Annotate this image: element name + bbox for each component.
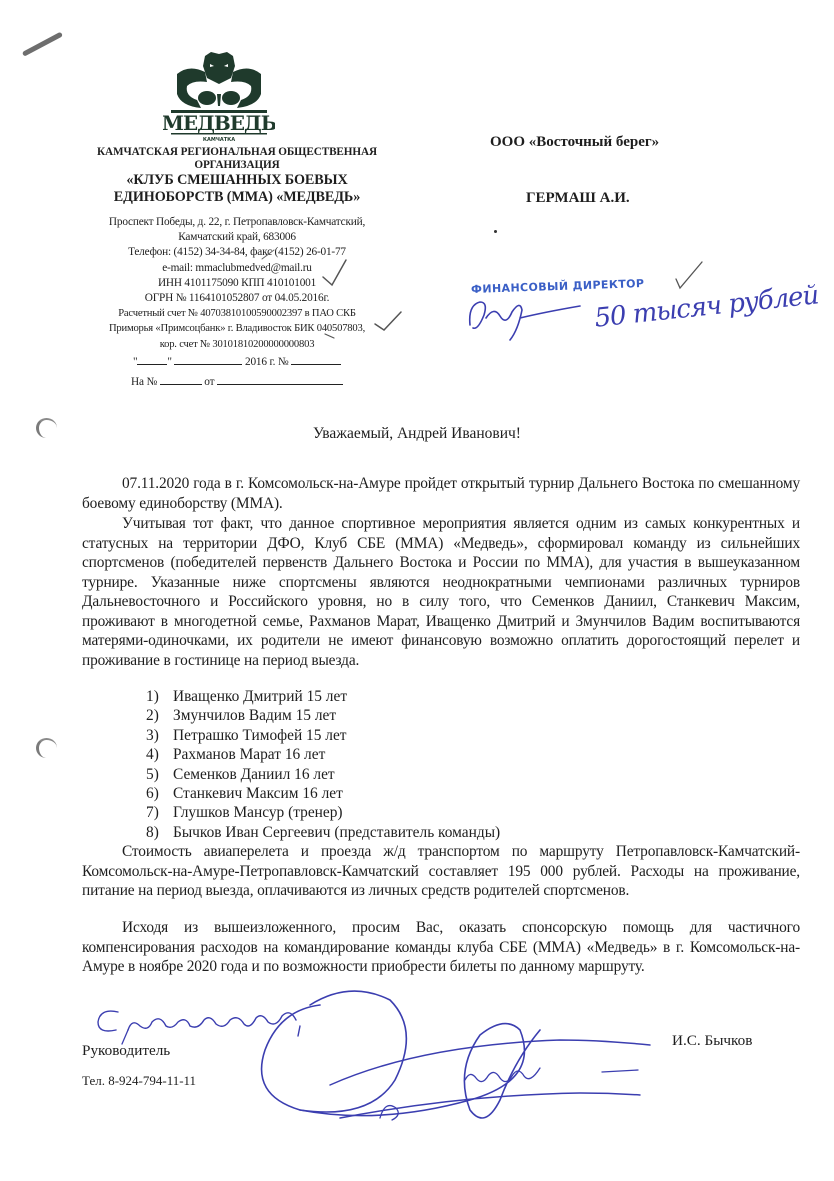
address-line-2: Камчатский край, 683006 xyxy=(82,230,392,245)
ogrn: ОГРН № 1164101052807 от 04.05.2016г. xyxy=(82,291,392,306)
signer-role: Руководитель xyxy=(82,1042,170,1060)
org-line-2: ОРГАНИЗАЦИЯ xyxy=(82,159,392,172)
reference-line: На № от xyxy=(82,373,392,390)
svg-text:КАМЧАТКА: КАМЧАТКА xyxy=(203,137,235,142)
handwritten-closing xyxy=(98,1011,300,1036)
finance-director-stamp: ФИНАНСОВЫЙ ДИРЕКТОР xyxy=(471,277,645,296)
date-number-line: "" 2016 г. № xyxy=(82,353,392,370)
bank-line-1: Расчетный счет № 40703810100590002397 в … xyxy=(82,306,392,321)
email: e-mail: mmaclubmedved@mail.ru xyxy=(82,261,392,276)
inn-kpp: ИНН 4101175090 КПП 410101001 xyxy=(82,276,392,291)
organization-requisites: Проспект Победы, д. 22, г. Петропавловск… xyxy=(82,215,392,390)
main-signature xyxy=(262,991,407,1112)
bear-logo-icon: МЕДВЕДЬ КАМЧАТКА xyxy=(163,50,275,142)
team-member: 8)Бычков Иван Сергеевич (представитель к… xyxy=(146,823,500,842)
paragraph-tournament: 07.11.2020 года в г. Комсомольск-на-Амур… xyxy=(82,474,800,513)
team-list: 1)Иващенко Дмитрий 15 лет 2)Змунчилов Ва… xyxy=(146,687,500,842)
hole-punch-mark xyxy=(36,738,57,758)
team-member: 7)Глушков Мансур (тренер) xyxy=(146,803,500,822)
scan-scratch-mark xyxy=(22,32,63,57)
ink-dot xyxy=(494,230,497,233)
recipient-name: ГЕРМАШ А.И. xyxy=(526,190,630,207)
team-member: 5)Семенков Даниил 16 лет xyxy=(146,765,500,784)
phone-fax: Телефон: (4152) 34-34-84, факс (4152) 26… xyxy=(82,245,392,260)
team-member: 2)Змунчилов Вадим 15 лет xyxy=(146,706,500,725)
address-line-1: Проспект Победы, д. 22, г. Петропавловск… xyxy=(82,215,392,230)
signer-phone: Тел. 8-924-794-11-11 xyxy=(82,1073,196,1089)
team-member: 1)Иващенко Дмитрий 15 лет xyxy=(146,687,500,706)
checkmark-icon xyxy=(676,262,702,288)
team-member: 3)Петрашко Тимофей 15 лет xyxy=(146,726,500,745)
bank-line-2: Приморья «Примсоцбанк» г. Владивосток БИ… xyxy=(82,321,392,336)
org-line-3: «КЛУБ СМЕШАННЫХ БОЕВЫХ xyxy=(82,172,392,189)
org-line-1: КАМЧАТСКАЯ РЕГИОНАЛЬНАЯ ОБЩЕСТВЕННАЯ xyxy=(82,146,392,159)
paragraph-team-situation: Учитывая тот факт, что данное спортивное… xyxy=(82,514,800,670)
recipient-company: ООО «Восточный берег» xyxy=(490,134,659,151)
paragraph-costs: Стоимость авиаперелета и проезда ж/д тра… xyxy=(82,842,800,901)
bank-line-3: кор. счет № 30101810200000000803 xyxy=(82,337,392,352)
director-signature xyxy=(470,302,580,340)
team-member: 6)Станкевич Максим 16 лет xyxy=(146,784,500,803)
paragraph-request: Исходя из вышеизложенного, просим Вас, о… xyxy=(82,918,800,977)
ref-from-label: от xyxy=(204,376,214,388)
organization-name: КАМЧАТСКАЯ РЕГИОНАЛЬНАЯ ОБЩЕСТВЕННАЯ ОРГ… xyxy=(82,146,392,206)
date-year-label: 2016 г. № xyxy=(245,356,288,368)
greeting: Уважаемый, Андрей Иванович! xyxy=(0,425,834,443)
svg-text:МЕДВЕДЬ: МЕДВЕДЬ xyxy=(163,111,275,135)
ref-label: На № xyxy=(131,376,157,388)
org-line-4: ЕДИНОБОРСТВ (ММА) «МЕДВЕДЬ» xyxy=(82,189,392,206)
signer-name: И.С. Бычков xyxy=(672,1032,752,1050)
team-member: 4)Рахманов Марат 16 лет xyxy=(146,745,500,764)
